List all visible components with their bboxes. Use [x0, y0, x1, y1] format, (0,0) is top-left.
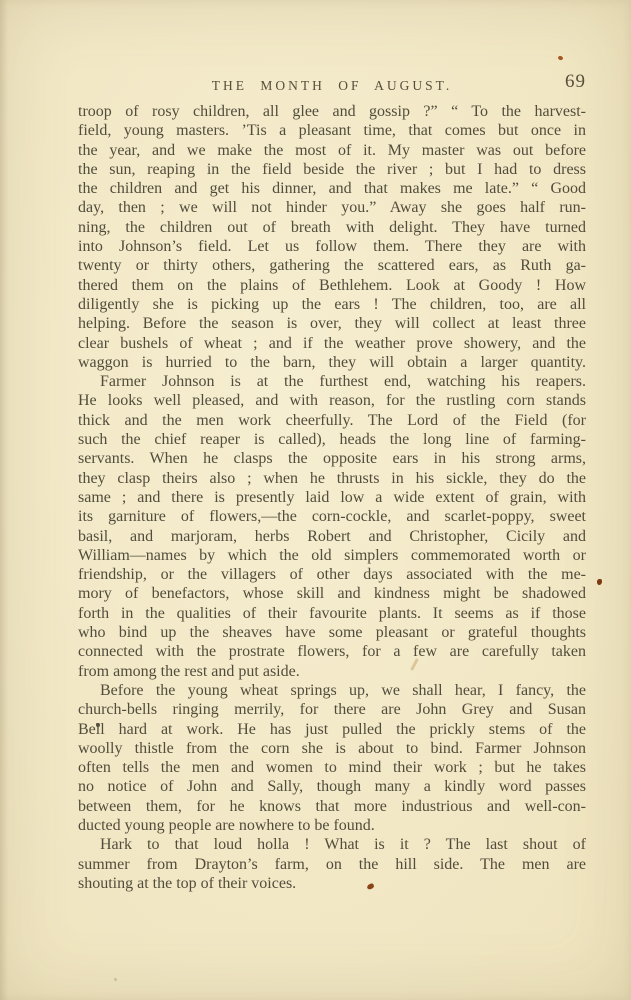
text-line: such the chief reaper is called), heads … — [78, 430, 586, 449]
text-line: no notice of John and Sally, though many… — [78, 777, 586, 796]
text-line: troop of rosy children, all glee and gos… — [78, 102, 586, 121]
text-line: basil, and marjoram, herbs Robert and Ch… — [78, 527, 586, 546]
text-line: Farmer Johnson is at the furthest end, w… — [78, 372, 586, 391]
text-line: Bell hard at work. He has just pulled th… — [78, 720, 586, 739]
page-body: troop of rosy children, all glee and gos… — [78, 102, 586, 893]
text-line: He looks well pleased, and with reason, … — [78, 391, 586, 410]
text-line: forth in the qualities of their favourit… — [78, 604, 586, 623]
text-line: Before the young wheat springs up, we sh… — [78, 681, 586, 700]
text-line: same ; and there is presently laid low a… — [78, 488, 586, 507]
text-line: summer from Drayton’s farm, on the hill … — [78, 855, 586, 874]
ink-speck — [557, 55, 563, 60]
page-number: 69 — [565, 71, 586, 93]
text-line: who bind up the sheaves have some pleasa… — [78, 623, 586, 642]
text-line: Hark to that loud holla ! What is it ? T… — [78, 835, 586, 854]
text-line: between them, for he knows that more ind… — [78, 797, 586, 816]
text-line: waggon is hurried to the barn, they will… — [78, 353, 586, 372]
text-line: often tells the men and women to mind th… — [78, 758, 586, 777]
ink-speck — [597, 579, 602, 585]
page-header: THE MONTH OF AUGUST. 69 — [78, 78, 586, 98]
text-line: field, young masters. ’Tis a pleasant ti… — [78, 121, 586, 140]
text-line: church-bells ringing merrily, for there … — [78, 700, 586, 719]
book-page: THE MONTH OF AUGUST. 69 troop of rosy ch… — [0, 0, 631, 1000]
text-line: William—names by which the old simplers … — [78, 546, 586, 565]
text-line: clear bushels of wheat ; and if the weat… — [78, 334, 586, 353]
text-line: they clasp theirs also ; when he thrusts… — [78, 469, 586, 488]
ink-speck — [114, 978, 117, 981]
text-line: thered them on the plains of Bethlehem. … — [78, 276, 586, 295]
running-title: THE MONTH OF AUGUST. — [78, 78, 586, 94]
text-line: friendship, or the villagers of other da… — [78, 565, 586, 584]
text-line: ducted young people are nowhere to be fo… — [78, 816, 586, 835]
text-line: servants. When he clasps the opposite ea… — [78, 449, 586, 468]
text-line: helping. Before the season is over, they… — [78, 314, 586, 333]
text-line: its garniture of flowers,—the corn-cockl… — [78, 507, 586, 526]
text-line: from among the rest and put aside. — [78, 662, 586, 681]
text-line: into Johnson’s field. Let us follow them… — [78, 237, 586, 256]
text-line: the sun, reaping in the field beside the… — [78, 160, 586, 179]
text-line: woolly thistle from the corn she is abou… — [78, 739, 586, 758]
text-line: the children and get his dinner, and tha… — [78, 179, 586, 198]
text-line: twenty or thirty others, gathering the s… — [78, 256, 586, 275]
text-line: ning, the children out of breath with de… — [78, 218, 586, 237]
text-line: thick and the men work cheerfully. The L… — [78, 411, 586, 430]
text-line: the year, and we make the most of it. My… — [78, 141, 586, 160]
text-line: connected with the prostrate flowers, fo… — [78, 642, 586, 661]
text-line: day, then ; we will not hinder you.” Awa… — [78, 198, 586, 217]
text-line: mory of benefactors, whose skill and kin… — [78, 584, 586, 603]
text-line: diligently she is picking up the ears ! … — [78, 295, 586, 314]
text-line: shouting at the top of their voices. — [78, 874, 586, 893]
